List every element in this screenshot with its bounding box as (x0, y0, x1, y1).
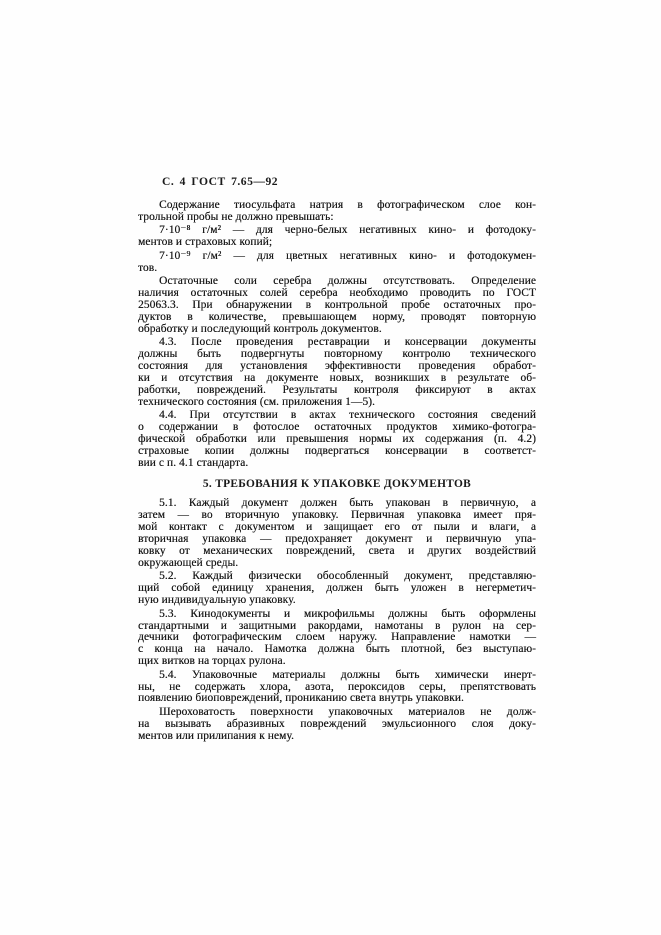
text-line: ную индивидуальную упаковку. (138, 595, 536, 607)
text-line: 5.4. Упаковочные материалы должны быть х… (138, 670, 536, 682)
paragraph: 5.1. Каждый документ должен быть упакова… (138, 498, 536, 569)
text-line: окружающей среды. (138, 558, 536, 570)
page-running-header: С. 4 ГОСТ 7.65—92 (138, 176, 536, 188)
text-line: ментов и страховых копий; (138, 237, 536, 249)
text-line: щих витков на торцах рулона. (138, 656, 536, 668)
text-line: страховые копии должны подвергаться конс… (138, 446, 536, 458)
document-body: Содержание тиосульфата натрия в фотограф… (138, 200, 536, 743)
text-line: состояния для установления эффективности… (138, 361, 536, 373)
text-line: на вызывать абразивных повреждений эмуль… (138, 719, 536, 731)
text-line: ки и отсутствия на документе новых, возн… (138, 373, 536, 385)
text-line: наличия остаточных солей серебра необход… (138, 288, 536, 300)
text-line: обработку и последующий контроль докумен… (138, 324, 536, 336)
text-line: о содержании в фотослое остаточных проду… (138, 422, 536, 434)
paragraph: 5.2. Каждый физически обособленный докум… (138, 571, 536, 607)
paragraph: Шероховатость поверхности упаковочных ма… (138, 707, 536, 743)
text-line: 25063.3. При обнаружении в контрольной п… (138, 300, 536, 312)
text-line: технического состояния (см. приложения 1… (138, 397, 536, 409)
paragraph: Остаточные соли серебра должны отсутство… (138, 276, 536, 336)
paragraph: 7·10⁻⁹ г/м² — для цветных негативных кин… (138, 251, 536, 275)
text-line: фической обработки или превышения нормы … (138, 434, 536, 446)
paragraph: Содержание тиосульфата натрия в фотограф… (138, 200, 536, 224)
text-block: С. 4 ГОСТ 7.65—92 Содержание тиосульфата… (138, 176, 536, 744)
text-line: 7·10⁻⁹ г/м² — для цветных негативных кин… (138, 251, 536, 263)
text-line: ментов или прилипания к нему. (138, 731, 536, 743)
text-line: 5.3. Кинодокументы и микрофильмы должны … (138, 609, 536, 621)
text-line: Шероховатость поверхности упаковочных ма… (138, 707, 536, 719)
text-line: должны быть подвергнуты повторному контр… (138, 349, 536, 361)
paragraph: 4.4. При отсутствии в актах технического… (138, 410, 536, 470)
text-line: появлению биоповреждений, прониканию све… (138, 693, 536, 705)
section-heading: 5. ТРЕБОВАНИЯ К УПАКОВКЕ ДОКУМЕНТОВ (138, 478, 536, 490)
text-line: тов. (138, 263, 536, 275)
paragraph: 5.4. Упаковочные материалы должны быть х… (138, 670, 536, 706)
paragraph: 7·10⁻⁸ г/м² — для черно-белых негативных… (138, 225, 536, 249)
text-line: трольной пробы не должно превышать: (138, 212, 536, 224)
text-line: вии с п. 4.1 стандарта. (138, 458, 536, 470)
paragraph: 5.3. Кинодокументы и микрофильмы должны … (138, 609, 536, 669)
scanned-document-page: С. 4 ГОСТ 7.65—92 Содержание тиосульфата… (0, 0, 661, 935)
text-line: дуктов в количестве, превышающем норму, … (138, 312, 536, 324)
paragraph: 4.3. После проведения реставрации и конс… (138, 337, 536, 408)
text-line: работки, повреждений. Результаты контрол… (138, 385, 536, 397)
